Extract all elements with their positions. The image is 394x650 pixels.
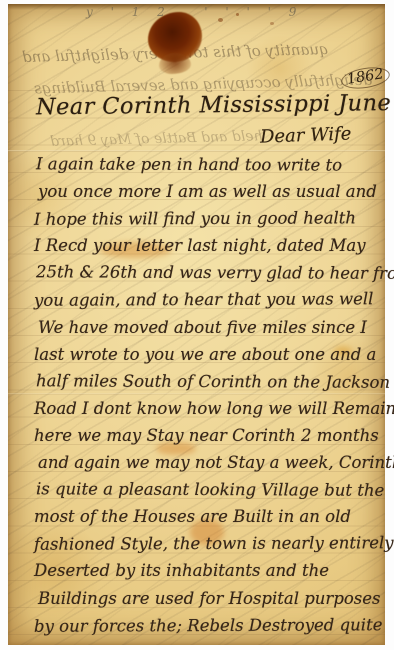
pencil-marks: y ' 1 2 . ' ' ' ' 9 bbox=[86, 5, 303, 19]
letter-body: I again take pen in hand too write to yo… bbox=[34, 155, 375, 643]
letter-line: fashioned Style, the town is nearly enti… bbox=[34, 534, 375, 563]
letter-paper: y ' 1 2 . ' ' ' ' 9 quantity of this tow… bbox=[8, 4, 385, 645]
dateline-heading: Near Corinth Mississippi June 8th bbox=[36, 90, 394, 121]
letter-line: I Recd your letter last night, dated May bbox=[34, 236, 375, 263]
letter-line: is quite a pleasant looking Village but … bbox=[36, 479, 377, 508]
letter-line: Road I dont know how long we will Remain bbox=[34, 399, 375, 426]
letter-line: half miles South of Corinth on the Jacks… bbox=[36, 371, 377, 400]
letter-line: I again take pen in hand too write to bbox=[36, 154, 377, 183]
salutation: Dear Wife bbox=[259, 123, 351, 147]
bleedthrough-line: held and Battle of May 9 hard bbox=[50, 128, 263, 150]
ink-speck bbox=[218, 18, 223, 22]
ink-blot-stain-tail bbox=[159, 53, 191, 74]
letter-line: you again, and to hear that you was well bbox=[34, 290, 375, 319]
letter-line: Deserted by its inhabitants and the bbox=[34, 561, 375, 588]
ink-speck bbox=[270, 22, 274, 25]
letter-line: Buildings are used for Hospital purposes bbox=[38, 589, 379, 616]
letter-line: here we may Stay near Corinth 2 months bbox=[34, 426, 375, 453]
letter-scan: y ' 1 2 . ' ' ' ' 9 quantity of this tow… bbox=[0, 0, 394, 650]
letter-line: 25th & 26th and was verry glad to hear f… bbox=[36, 263, 377, 292]
letter-line: I hope this will find you in good health bbox=[34, 208, 375, 237]
year-annotation: 1862 bbox=[340, 64, 391, 91]
dateline-place: Near Corinth Mississippi June bbox=[36, 90, 391, 120]
letter-line: by our forces the; Rebels Destroyed quit… bbox=[34, 615, 375, 644]
ink-speck bbox=[236, 13, 239, 16]
letter-line: We have moved about five miles since I bbox=[38, 318, 379, 345]
letter-line: and again we may not Stay a week, Corint… bbox=[38, 453, 379, 480]
paper-crease bbox=[8, 150, 385, 152]
letter-line: most of the Houses are Built in an old bbox=[34, 507, 375, 534]
letter-line: last wrote to you we are about one and a bbox=[34, 345, 375, 372]
letter-line: you once more I am as well as usual and bbox=[38, 182, 379, 209]
